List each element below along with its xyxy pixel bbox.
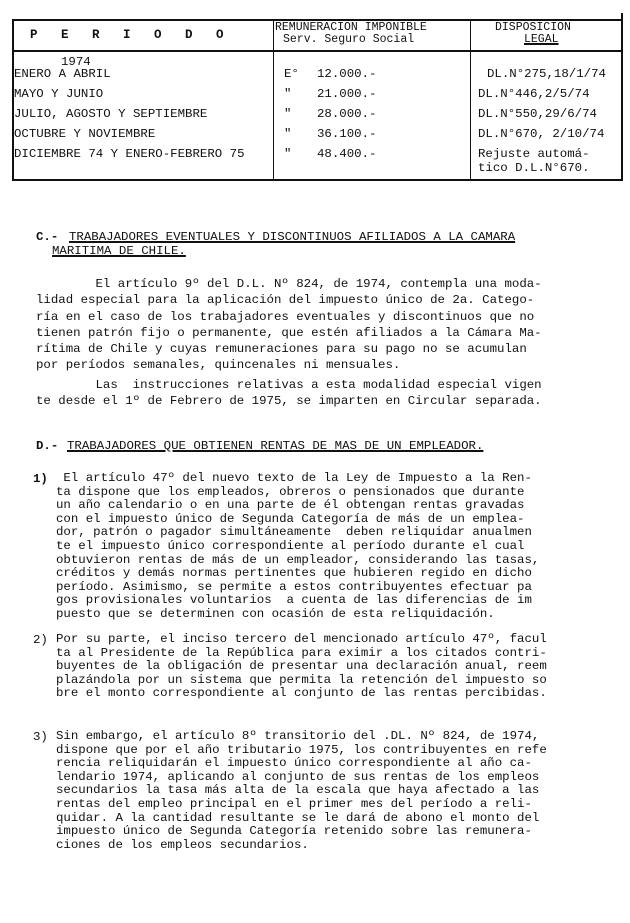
row-periodo: OCTUBRE Y NOVIEMBRE	[14, 128, 155, 141]
header-disposicion-line2: LEGAL	[524, 34, 559, 46]
column-divider	[470, 19, 471, 181]
item-text: Por su parte, el inciso tercero del menc…	[56, 633, 547, 701]
row-disposicion: Rejuste automá-	[478, 148, 590, 161]
row-periodo: DICIEMBRE 74 Y ENERO-FEBRERO 75	[14, 148, 245, 161]
header-periodo: P E R I O D O	[30, 29, 232, 42]
section-d-title: TRABAJADORES QUE OBTIENEN RENTAS DE MAS …	[67, 439, 483, 454]
row-disposicion: DL.N°275,18/1/74	[487, 68, 606, 81]
section-c-paragraph-1: El artículo 9º del D.L. Nº 824, de 1974,…	[36, 276, 542, 374]
item-text: Sin embargo, el artículo 8º transitorio …	[56, 730, 547, 852]
item-number: 2)	[33, 633, 48, 647]
row-mark: "	[284, 148, 291, 161]
header-divider	[12, 50, 623, 52]
row-monto: 28.000.-	[317, 108, 377, 121]
row-disposicion-line2: tico D.L.N°670.	[478, 162, 590, 175]
section-c-title-line1: TRABAJADORES EVENTUALES Y DISCONTINUOS A…	[69, 230, 515, 245]
row-disposicion: DL.N°550,29/6/74	[478, 108, 597, 121]
row-disposicion: DL.N°446,2/5/74	[478, 88, 590, 101]
header-remuneracion-line2: Serv. Seguro Social	[283, 34, 414, 46]
section-c-label: C.-	[36, 230, 58, 245]
item-text: El artículo 47º del nuevo texto de la Le…	[56, 472, 539, 622]
row-periodo: MAYO Y JUNIO	[14, 88, 103, 101]
section-d-label: D.-	[36, 439, 58, 454]
item-number: 3)	[33, 730, 48, 744]
row-mark: "	[284, 108, 291, 121]
table-right-border	[621, 13, 623, 181]
row-mark: "	[284, 128, 291, 141]
row-monto: 21.000.-	[317, 88, 377, 101]
remuneration-table: P E R I O D O REMUNERACION IMPONIBLE Ser…	[12, 19, 623, 181]
row-mark: "	[284, 88, 291, 101]
section-c-title-line2: MARITIMA DE CHILE.	[52, 244, 186, 259]
row-periodo: JULIO, AGOSTO Y SEPTIEMBRE	[14, 108, 207, 121]
row-mark: E°	[284, 68, 299, 81]
column-divider	[273, 19, 274, 181]
item-number: 1)	[33, 472, 48, 486]
row-monto: 48.400.-	[317, 148, 377, 161]
row-disposicion: DL.N°670, 2/10/74	[478, 128, 604, 141]
row-periodo: ENERO A ABRIL	[14, 68, 111, 81]
section-c-paragraph-2: Las instrucciones relativas a esta modal…	[36, 377, 542, 410]
row-monto: 36.100.-	[317, 128, 377, 141]
row-monto: 12.000.-	[317, 68, 377, 81]
